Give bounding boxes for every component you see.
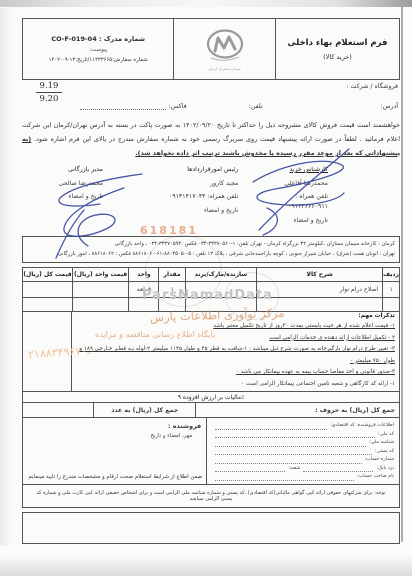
signatory-name: محمدرضا آقاعلی — [256, 179, 328, 189]
total-amount-empty-cell — [23, 403, 94, 417]
seller-info-line-bank: نزد بانک: شعبه: — [212, 465, 394, 473]
scan-artifact-left — [0, 8, 14, 546]
stamp-numbers: 9.19 9.20 — [34, 81, 64, 104]
signatory-sign-label: تاریخ و امضاء — [256, 216, 328, 226]
dotted-fill — [303, 467, 373, 472]
items-table: ردیف شرح کالا سازنده/مارک/برند مقدار واح… — [22, 267, 400, 312]
scan-artifact-page-edge — [401, 6, 403, 542]
form-title: فرم استعلام بهاء داخلی — [287, 38, 387, 48]
col-header-manufacturer: سازنده/مارک/برند — [185, 268, 256, 281]
fax-fill-line — [80, 103, 166, 110]
dotted-fill — [215, 467, 285, 472]
signatory-purchasing-expert: کارشناس خرید محمدرضا آقاعلی تلفن همراه :… — [256, 165, 400, 231]
notes-empty-price-column — [23, 311, 72, 391]
scan-artifact-bottom — [0, 556, 412, 576]
total-in-words-label: جمع کل (ریال) به حروف : — [196, 403, 399, 417]
info-label: نام صاحب حساب: — [357, 473, 394, 481]
signatory-phone: تلفن همراه: ۰۹۱۳۱۴۱۷۰۴۴ — [143, 192, 238, 202]
cell-total-price — [23, 298, 72, 311]
info-label: کد ملی: — [378, 431, 394, 439]
seller-info-cell: اطلاعات فروشنده: کد اقتصادی: کد ملی: شنا… — [207, 418, 399, 484]
col-header-unit-price: قیمت واحد (ریال) — [72, 268, 128, 281]
dotted-fill — [215, 476, 354, 481]
col-header-description: شرح کالا — [256, 268, 382, 281]
company-address-box: کرمان : کارخانه سیمان ممتازان ،کیلومتر ۳… — [22, 236, 400, 263]
total-in-digits-label: جمع کل (ریال) به عدد — [94, 403, 196, 417]
signatory-name: محمدرضا صالحی — [22, 179, 103, 189]
note-item: ۳-صدور قانونی و اخذ مفاصا حساب بیمه به ع… — [76, 367, 395, 379]
signatory-role: رئیس امورقراردادها — [143, 165, 238, 175]
seller-info-line: اطلاعات فروشنده: کد اقتصادی: — [212, 422, 394, 430]
table-row — [23, 298, 399, 311]
address-label: آدرس: — [381, 103, 398, 110]
dotted-fill — [215, 459, 361, 464]
address-tehran: تهران : اتوبان همت (شرق) ، خیابان شیراز … — [27, 250, 395, 260]
shop-company-label: فروشگاه / شرکت : — [22, 83, 400, 90]
cell-manufacturer — [185, 282, 256, 297]
totals-row: جمع کل (ریال) به عدد جمع کل (ریال) به حر… — [22, 402, 400, 418]
scanned-inquiry-form: { "header": { "title": "فرم استعلام بهاء… — [0, 0, 412, 576]
info-label: کد پستی: — [375, 448, 394, 456]
signatory-phone: تلفن همراه : ۰۹۱۳۳۶۶۶۰۹۱۱ — [256, 192, 328, 212]
doc-info-cell: شماره مدرک : CO-F-019-04 پیوست: شماره سف… — [23, 19, 173, 79]
seller-stamp-label: مهر، امضاء و تاریخ — [23, 430, 206, 439]
empty-remarks-box — [22, 512, 400, 544]
seller-info-line: نام صاحب حساب: — [212, 473, 394, 481]
seller-info-line: شماره حساب: — [212, 456, 394, 464]
cell-row-no — [382, 298, 399, 311]
request-paragraph: خواهشمند است قیمت فروش کالای مشروحه ذیل … — [22, 118, 400, 160]
seller-label: فروشنده : — [23, 418, 206, 430]
fax-label: فاکس: — [169, 103, 187, 110]
info-label: نزد بانک: — [376, 465, 394, 473]
dotted-fill — [215, 442, 366, 447]
note-item: ۱- قیمت اعلام شده از هر حیث بایستی بمدت … — [76, 321, 395, 333]
seller-section: فروشنده : مهر، امضاء و تاریخ ضمن اطلاع ا… — [22, 417, 400, 485]
items-table-header: ردیف شرح کالا سازنده/مارک/برند مقدار واح… — [23, 268, 399, 282]
signatory-contracts-head: رئیس امورقراردادها مجید کارور تلفن همراه… — [143, 165, 256, 231]
cell-quantity: ۱ — [158, 282, 184, 297]
legal-footnote: توجه: برای شرکتهای حقوقی ارائه کپی گواهی… — [22, 484, 400, 508]
seller-info-line: شناسه ملی: — [212, 439, 394, 447]
notes-content: تذکرات مهم: ۱- قیمت اعلام شده از هر حیث … — [72, 311, 399, 391]
signatory-sign-label: تاریخ و امضاء — [22, 192, 103, 202]
branch-label: شعبه: — [288, 465, 300, 473]
col-header-unit: واحد — [128, 268, 158, 281]
signatory-name: مجید کارور — [143, 179, 238, 189]
signature-row: کارشناس خرید محمدرضا آقاعلی تلفن همراه :… — [22, 165, 400, 231]
note-item: ۲ - تکمیل اطلاعات ارائه دهنده ی خدمات ال… — [76, 333, 395, 345]
form-sheet: فرم استعلام بهاء داخلی (خرید کالا) سیمان… — [22, 18, 400, 544]
info-label: شناسه ملی: — [369, 439, 394, 447]
attachment-label: پیوست: — [89, 47, 107, 53]
signatory-commercial-manager: مدیر بازرگانی محمدرضا صالحی تاریخ و امضا… — [22, 165, 143, 231]
dotted-fill — [215, 425, 327, 430]
stamp-number-bottom: 9.20 — [34, 93, 64, 104]
cell-description — [256, 298, 382, 311]
cell-unit: قطعه — [128, 282, 158, 297]
request-body: خواهشمند است قیمت فروش کالای مشروحه ذیل … — [22, 121, 400, 143]
cell-quantity — [158, 298, 184, 311]
logo-caption: سیمان ممتازان کرمان — [209, 67, 241, 71]
table-row: ۱ اصلاح درام نوار ۱ قطعه — [23, 282, 399, 298]
info-label: اطلاعات فروشنده: کد اقتصادی: — [330, 422, 394, 430]
cell-unit-price — [72, 282, 128, 297]
seller-signature-cell: فروشنده : مهر، امضاء و تاریخ ضمن اطلاع ا… — [23, 418, 207, 484]
seller-info-line: کد ملی: — [212, 431, 394, 439]
stamp-number-top: 9.19 — [36, 81, 63, 93]
order-number-line: شماره سفارش:۱۱۴۳۳۶۶۵/تاریخ:۱۳-۰۹-۱۴۰۲ — [49, 57, 148, 63]
company-logo-cell: سیمان ممتازان کرمان — [173, 19, 275, 79]
signatory-role: کارشناس خرید — [256, 165, 328, 175]
col-header-total-price: قیمت کل (ریال) — [23, 268, 72, 281]
cell-row-no: ۱ — [382, 282, 399, 297]
signatory-sign-label: تاریخ و امضاء — [143, 206, 238, 216]
cell-unit — [128, 298, 158, 311]
form-subtitle: (خرید کالا) — [323, 53, 352, 61]
cell-manufacturer — [185, 298, 256, 311]
doc-number: شماره مدرک : CO-F-019-04 — [51, 35, 145, 43]
vendor-contact-line: آدرس: تلفن: فاکس: — [22, 103, 400, 110]
cell-unit-price — [72, 298, 128, 311]
address-kerman: کرمان : کارخانه سیمان ممتازان ،کیلومتر ۳… — [27, 240, 395, 250]
form-title-cell: فرم استعلام بهاء داخلی (خرید کالا) — [275, 19, 399, 79]
seller-info-line: کد پستی: — [212, 448, 394, 456]
note-item: ۳- تغییر طرح درام نوار بارگیرخانه به صور… — [76, 344, 395, 367]
seller-confirm-text: ضمن اطلاع از شرایط استعلام صحت ارقام و م… — [27, 474, 202, 480]
scan-artifact-top — [0, 0, 412, 7]
note-item: ۱- ارائه کد کارگاهی و شعبه تامین اجتماعی… — [76, 379, 395, 391]
info-label: شماره حساب: — [365, 456, 394, 464]
cell-total-price — [23, 282, 72, 297]
notes-section: تذکرات مهم: ۱- قیمت اعلام شده از هر حیث … — [22, 311, 400, 392]
col-header-quantity: مقدار — [158, 268, 184, 281]
col-header-row-no: ردیف — [382, 268, 399, 281]
notes-list: ۱- قیمت اعلام شده از هر حیث بایستی بمدت … — [76, 321, 395, 390]
cell-description: اصلاح درام نوار — [256, 282, 382, 297]
phone-label: تلفن: — [249, 103, 263, 110]
dotted-fill — [215, 433, 375, 438]
form-header: فرم استعلام بهاء داخلی (خرید کالا) سیمان… — [22, 18, 400, 80]
company-logo-icon — [203, 28, 247, 66]
notes-title: تذکرات مهم: — [76, 313, 395, 319]
signatory-role: مدیر بازرگانی — [22, 165, 103, 175]
dotted-fill — [215, 450, 372, 455]
